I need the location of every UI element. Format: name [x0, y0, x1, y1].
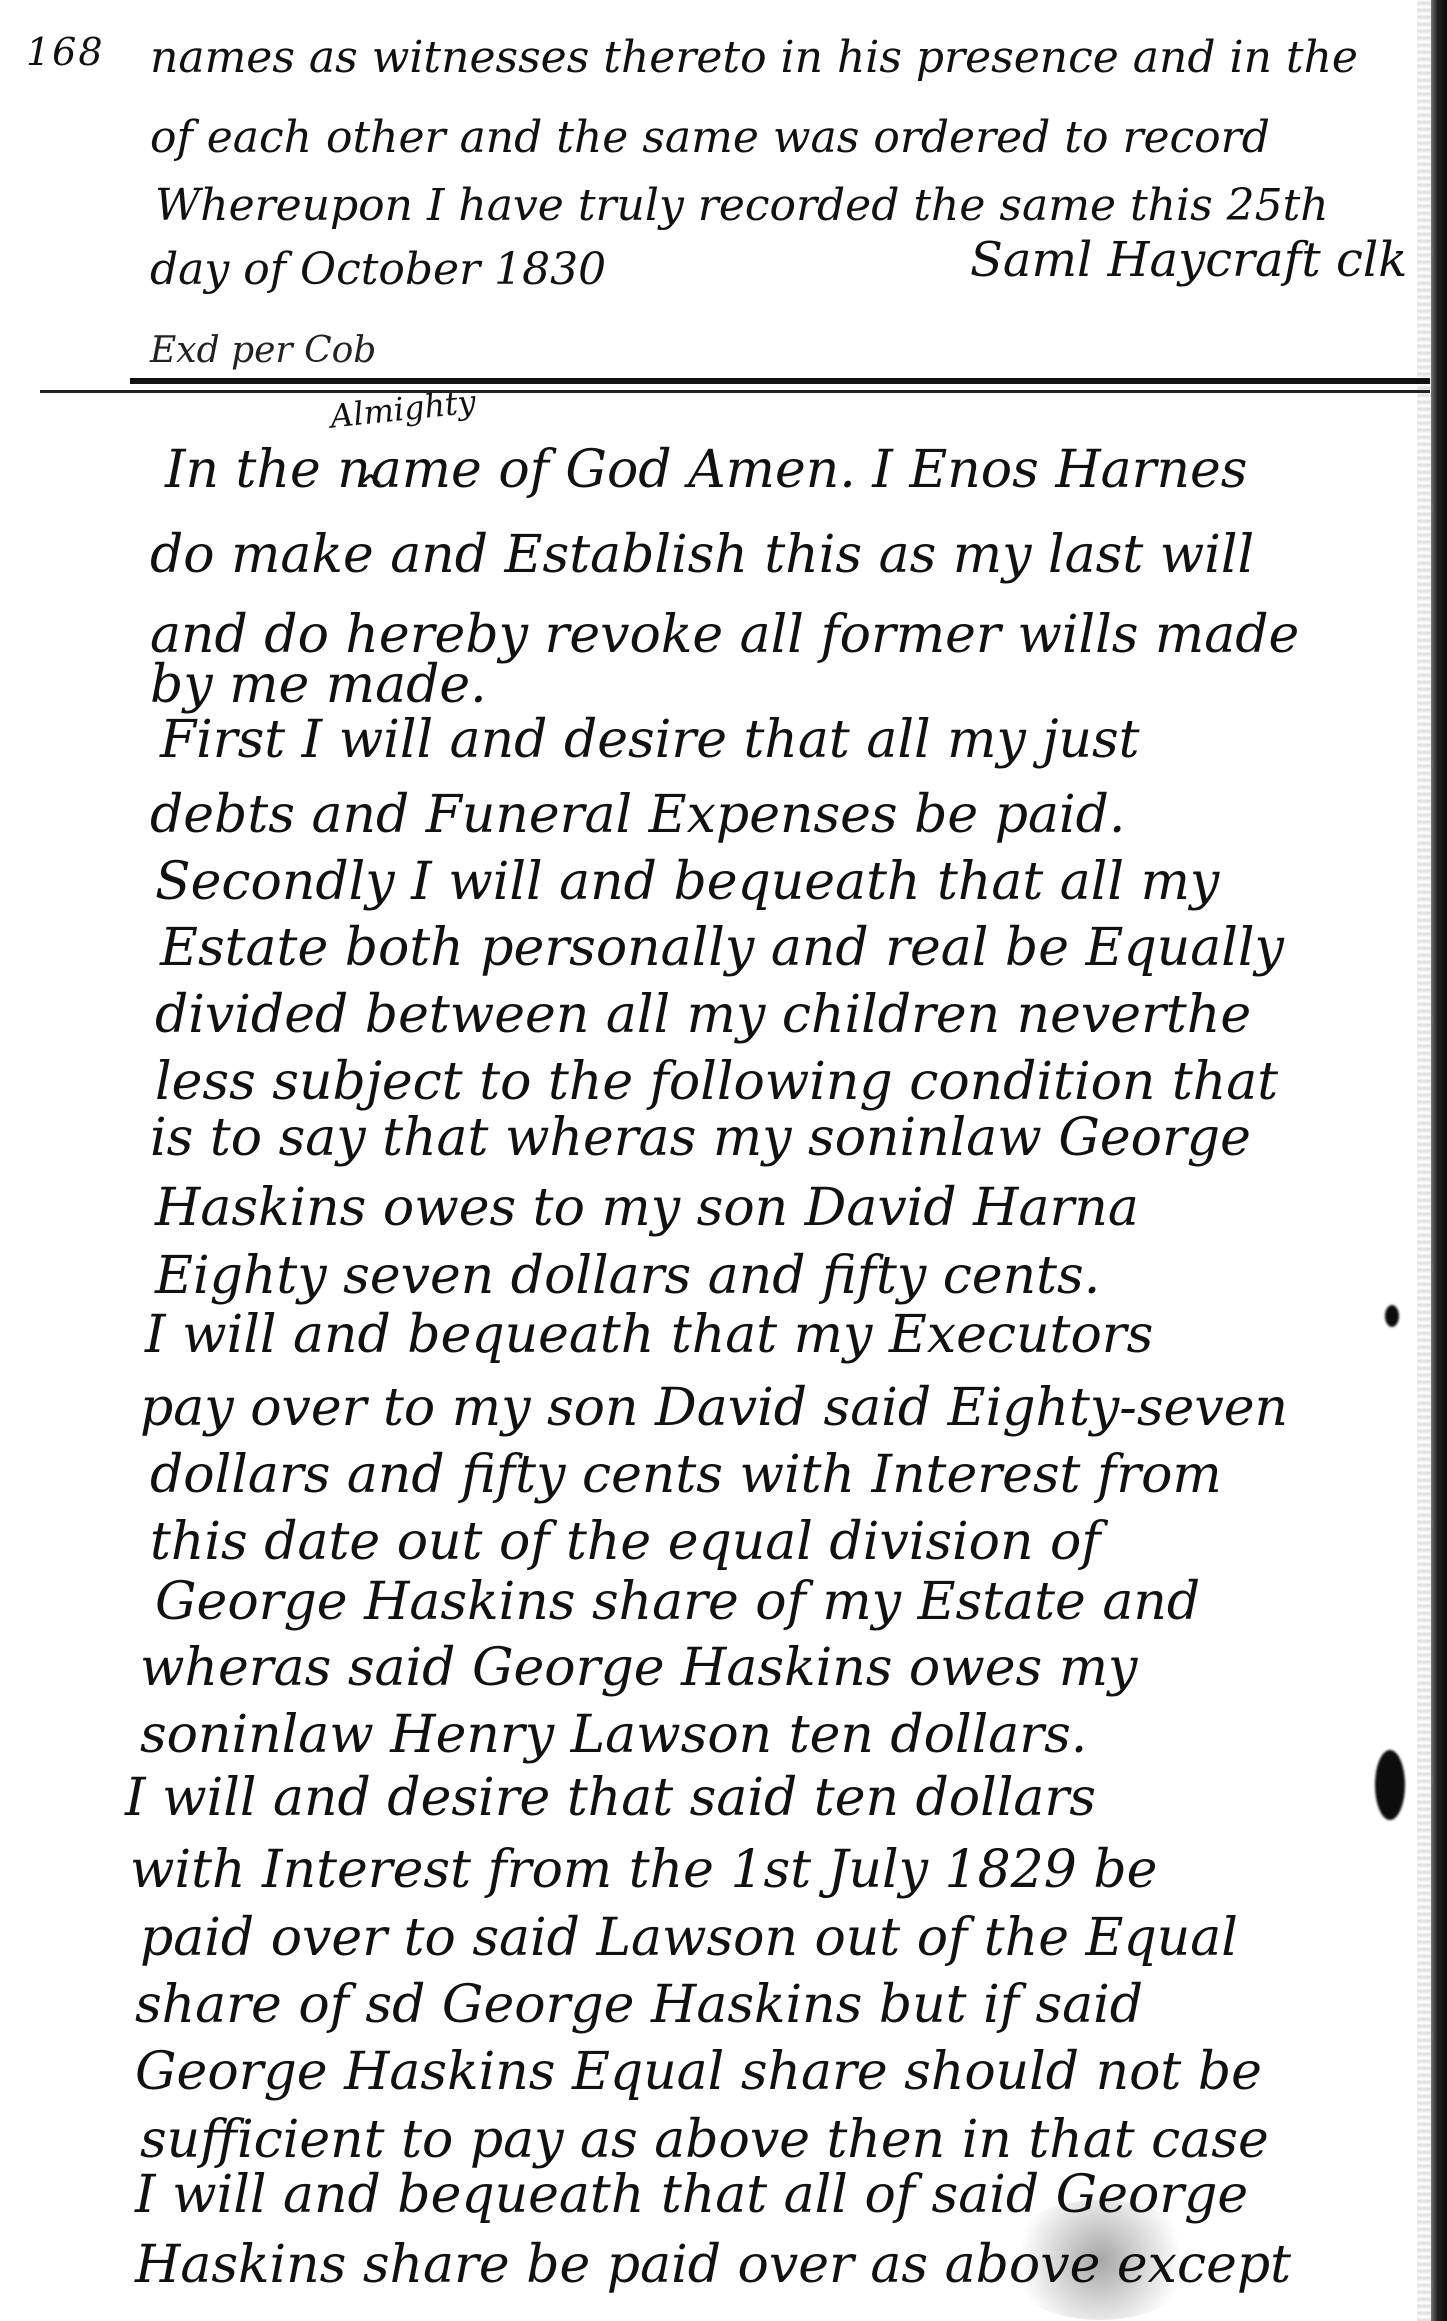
will-line-18: George Haskins share of my Estate and — [155, 1572, 1200, 1632]
page-number: 168 — [26, 30, 105, 74]
section-divider — [130, 378, 1430, 384]
clerk-examined-note: Exd per Cob — [150, 330, 376, 371]
will-line-25: George Haskins Equal share should not be — [135, 2042, 1262, 2102]
scanned-document-page: 168 names as witnesses thereto in his pr… — [0, 0, 1447, 2321]
will-line-11: is to say that wheras my soninlaw George — [150, 1108, 1251, 1168]
scan-edge-noise — [1417, 0, 1431, 2321]
will-line-21: I will and desire that said ten dollars — [125, 1768, 1096, 1828]
will-line-23: paid over to said Lawson out of the Equa… — [140, 1908, 1238, 1968]
will-line-24: share of sd George Haskins but if said — [135, 1975, 1143, 2035]
header-line-1: names as witnesses thereto in his presen… — [150, 32, 1358, 83]
will-line-8: Estate both personally and real be Equal… — [160, 918, 1284, 978]
will-line-6: debts and Funeral Expenses be paid. — [150, 785, 1125, 845]
will-line-5: First I will and desire that all my just — [160, 710, 1140, 770]
section-divider-underline — [40, 390, 1430, 393]
will-line-10: less subject to the following condition … — [155, 1052, 1278, 1112]
ink-blot-small — [1385, 1305, 1399, 1327]
will-line-7: Secondly I will and bequeath that all my — [155, 852, 1219, 912]
will-line-17: this date out of the equal division of — [150, 1512, 1101, 1572]
will-line-4: by me made. — [150, 655, 487, 715]
will-line-16: dollars and fifty cents with Interest fr… — [150, 1445, 1222, 1505]
will-line-26: sufficient to pay as above then in that … — [140, 2110, 1269, 2170]
header-line-3: Whereupon I have truly recorded the same… — [155, 180, 1329, 231]
header-line-4: day of October 1830 — [150, 244, 606, 295]
will-line-9: divided between all my children neverthe — [155, 985, 1251, 1045]
will-line-22: with Interest from the 1st July 1829 be — [130, 1840, 1157, 1900]
will-line-1: In the name of God Amen. I Enos Harnes — [165, 440, 1247, 500]
will-line-13: Eighty seven dollars and fifty cents. — [155, 1246, 1100, 1306]
ink-smudge — [1000, 2200, 1200, 2320]
ink-blot — [1375, 1750, 1405, 1820]
clerk-signature: Saml Haycraft clk — [970, 232, 1407, 288]
header-line-2: of each other and the same was ordered t… — [150, 112, 1270, 163]
will-line-14: I will and bequeath that my Executors — [145, 1305, 1153, 1365]
will-line-2: do make and Establish this as my last wi… — [150, 525, 1254, 585]
will-line-15: pay over to my son David said Eighty-sev… — [140, 1378, 1288, 1438]
will-line-20: soninlaw Henry Lawson ten dollars. — [140, 1705, 1087, 1765]
scan-dark-edge — [1431, 0, 1447, 2321]
will-line-12: Haskins owes to my son David Harna — [155, 1178, 1139, 1238]
will-line-19: wheras said George Haskins owes my — [140, 1638, 1137, 1698]
